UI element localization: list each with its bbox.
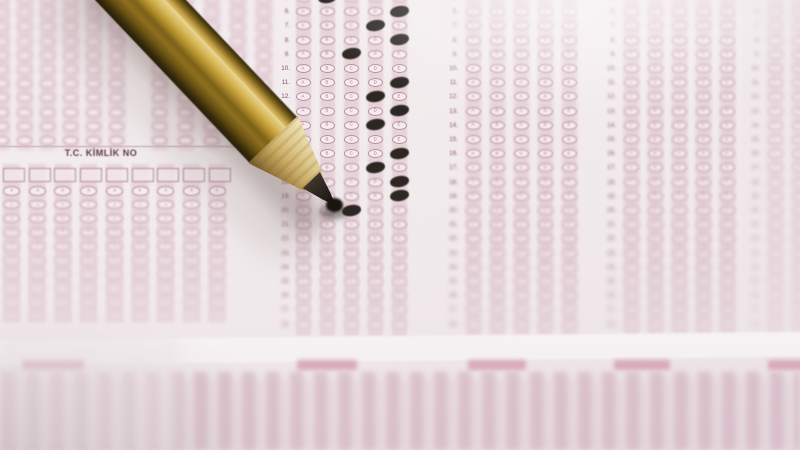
answer-bubble: D xyxy=(696,305,711,314)
answer-bubble: D xyxy=(368,50,383,59)
question-number: 20. xyxy=(440,207,458,213)
answer-bubble: D xyxy=(368,291,383,300)
answer-bubble: D xyxy=(368,192,383,201)
question-number: 6. xyxy=(272,9,290,15)
digit-bubble: 8 xyxy=(54,297,71,307)
answer-bubble xyxy=(40,51,55,60)
answer-bubble xyxy=(109,108,124,117)
answer-bubble: E xyxy=(562,163,577,172)
answer-bubble: E xyxy=(392,206,407,215)
answer-bubble: D xyxy=(368,7,383,16)
digit-bubble: 5 xyxy=(132,256,149,266)
answer-bubble: A xyxy=(624,249,639,258)
digit-bubble: 2 xyxy=(132,214,149,224)
answer-bubble: B xyxy=(320,7,335,16)
question-number: 9. xyxy=(742,51,760,57)
answer-bubble: A xyxy=(466,7,481,16)
id-section-title: T.C. KİMLİK NO xyxy=(36,148,166,158)
question-row: 17.ABCDE xyxy=(0,162,800,174)
answer-bubble xyxy=(204,8,219,17)
answer-bubble: C xyxy=(672,178,687,187)
answer-bubble: C xyxy=(672,206,687,215)
question-row: 25.AB xyxy=(0,276,800,288)
answer-bubble: B xyxy=(792,220,800,229)
answer-bubble: C xyxy=(514,305,529,314)
answer-bubble: E xyxy=(392,121,407,130)
answer-bubble: C xyxy=(514,249,529,258)
digit-bubble: 6 xyxy=(54,269,71,279)
question-number: 23. xyxy=(742,250,760,256)
answer-bubble: C xyxy=(344,220,359,229)
question-row: 25.ABCDE xyxy=(0,276,800,288)
answer-bubble: A xyxy=(768,320,783,329)
answer-bubble: E xyxy=(392,249,407,258)
answer-bubble: C xyxy=(344,135,359,144)
answer-bubble: D xyxy=(538,305,553,314)
answer-bubble: D xyxy=(696,92,711,101)
digit-bubble: 4 xyxy=(54,242,71,252)
question-number: 28. xyxy=(598,321,616,327)
question-row: 23.ABCDE xyxy=(0,248,800,260)
answer-bubble: B xyxy=(320,249,335,258)
answer-bubble xyxy=(40,136,55,145)
digit-bubble: 0 xyxy=(3,186,20,196)
answer-bubble: E xyxy=(720,64,735,73)
answer-bubble: D xyxy=(696,178,711,187)
digit-bubble: 3 xyxy=(106,228,123,238)
answer-bubble xyxy=(0,93,9,102)
answer-bubble: E xyxy=(720,192,735,201)
answer-bubble: D xyxy=(368,64,383,73)
id-entry-box xyxy=(3,168,25,182)
answer-bubble: E xyxy=(392,263,407,272)
digit-bubble: 0 xyxy=(80,186,97,196)
answer-bubble: E xyxy=(392,7,407,16)
digit-bubble: 9 xyxy=(209,311,226,321)
answer-bubble: B xyxy=(320,305,335,314)
question-row: 28.ABCDE xyxy=(0,319,800,331)
digit-bubble: 4 xyxy=(183,242,200,252)
digit-bubble: 1 xyxy=(29,200,46,210)
question-number: 14. xyxy=(440,122,458,128)
answer-bubble xyxy=(40,93,55,102)
answer-bubble: E xyxy=(562,36,577,45)
question-number: 12. xyxy=(440,94,458,100)
answer-bubble: D xyxy=(538,0,553,2)
answer-bubble: C xyxy=(514,206,529,215)
answer-bubble xyxy=(86,108,101,117)
answer-bubble: A xyxy=(624,36,639,45)
answer-bubble: A xyxy=(296,21,311,30)
answer-bubble: E xyxy=(562,234,577,243)
answer-bubble: C xyxy=(672,7,687,16)
answer-bubble xyxy=(17,8,32,17)
answer-bubble: C xyxy=(514,277,529,286)
answer-bubble: B xyxy=(648,50,663,59)
answer-bubble: A xyxy=(624,320,639,329)
answer-bubble: B xyxy=(648,192,663,201)
answer-bubble: B xyxy=(490,50,505,59)
answer-bubble: E xyxy=(392,320,407,329)
answer-bubble: B xyxy=(648,305,663,314)
answer-bubble: A xyxy=(466,64,481,73)
question-row: 24.ABCDE xyxy=(0,262,800,274)
digit-bubble: 1 xyxy=(132,200,149,210)
digit-row: 222222222 xyxy=(3,214,234,226)
digit-row: 111111111 xyxy=(3,200,234,212)
digit-bubble: 4 xyxy=(80,242,97,252)
answer-bubble: A xyxy=(466,36,481,45)
answer-bubble: E xyxy=(720,206,735,215)
answer-bubble: A xyxy=(296,50,311,59)
answer-bubble: A xyxy=(624,92,639,101)
question-row: 17.ABCDE xyxy=(0,162,800,174)
answer-bubble: A xyxy=(768,305,783,314)
answer-bubble: B xyxy=(490,249,505,258)
question-number: 10. xyxy=(272,65,290,71)
answer-bubble: D xyxy=(696,50,711,59)
answer-bubble: D xyxy=(368,21,383,30)
answer-bubble: A xyxy=(624,7,639,16)
question-number: 11. xyxy=(440,80,458,86)
answer-bubble: C xyxy=(514,121,529,130)
answer-bubble xyxy=(40,108,55,117)
answer-bubble: C xyxy=(344,305,359,314)
question-row: 21.ABCDE xyxy=(0,219,800,231)
digit-bubble: 9 xyxy=(106,311,123,321)
answer-bubble: B xyxy=(648,7,663,16)
answer-bubble: B xyxy=(648,234,663,243)
pink-column-stripes xyxy=(768,0,800,336)
answer-bubble: B xyxy=(648,249,663,258)
answer-bubble xyxy=(86,122,101,131)
answer-bubble: A xyxy=(466,277,481,286)
digit-bubble: 2 xyxy=(183,214,200,224)
answer-bubble: E xyxy=(562,107,577,116)
answer-bubble: D xyxy=(368,220,383,229)
answer-bubble: B xyxy=(320,320,335,329)
question-number: 27. xyxy=(742,307,760,313)
digit-bubble: 8 xyxy=(157,297,174,307)
answer-bubble: C xyxy=(672,234,687,243)
answer-bubble: B xyxy=(648,149,663,158)
question-number: 21. xyxy=(598,222,616,228)
answer-bubble: B xyxy=(490,234,505,243)
answer-bubble: C xyxy=(672,121,687,130)
answer-bubble: E xyxy=(392,92,407,101)
answer-bubble xyxy=(40,79,55,88)
answer-bubble: E xyxy=(392,64,407,73)
answer-bubble: C xyxy=(672,277,687,286)
answer-bubble: D xyxy=(368,36,383,45)
answer-bubble: B xyxy=(648,121,663,130)
answer-bubble: E xyxy=(720,234,735,243)
section-header-bar xyxy=(468,360,526,370)
digit-bubble: 8 xyxy=(183,297,200,307)
question-row: 18.ABCDE xyxy=(0,177,800,189)
answer-bubble: A xyxy=(768,178,783,187)
answer-bubble: A xyxy=(466,234,481,243)
question-number: 5. xyxy=(742,0,760,1)
question-number: 7. xyxy=(598,23,616,29)
answer-bubble: B xyxy=(648,320,663,329)
answer-bubble: E xyxy=(562,78,577,87)
answer-bubble: D xyxy=(368,206,383,215)
answer-bubble xyxy=(17,108,32,117)
answer-bubble: A xyxy=(624,21,639,30)
answer-bubble: E xyxy=(720,291,735,300)
question-row: 14.ABCDE xyxy=(0,120,800,132)
answer-bubble: A xyxy=(624,178,639,187)
answer-bubble: D xyxy=(696,277,711,286)
answer-bubble: C xyxy=(672,92,687,101)
question-number: 26. xyxy=(440,293,458,299)
answer-mark-q16 xyxy=(389,146,410,160)
answer-bubble: C xyxy=(672,107,687,116)
answer-bubble: A xyxy=(296,64,311,73)
answer-bubble: D xyxy=(538,192,553,201)
digit-bubble: 3 xyxy=(209,228,226,238)
answer-bubble: A xyxy=(624,107,639,116)
digit-bubble: 8 xyxy=(132,297,149,307)
question-row: 21.ABCDE xyxy=(0,219,800,231)
answer-bubble: A xyxy=(768,135,783,144)
question-number: 21. xyxy=(440,222,458,228)
answer-bubble: A xyxy=(296,7,311,16)
digit-bubble: 7 xyxy=(132,283,149,293)
answer-bubble: E xyxy=(720,78,735,87)
question-number: 20. xyxy=(598,207,616,213)
digit-bubble: 6 xyxy=(80,269,97,279)
answer-bubble: A xyxy=(466,206,481,215)
digit-bubble: 7 xyxy=(106,283,123,293)
answer-bubble: D xyxy=(538,7,553,16)
answer-bubble: B xyxy=(490,291,505,300)
depth-of-field-wash xyxy=(0,330,180,450)
digit-bubble: 2 xyxy=(54,214,71,224)
question-number: 9. xyxy=(598,51,616,57)
digit-bubble: 8 xyxy=(3,297,20,307)
answer-bubble: A xyxy=(296,305,311,314)
digit-bubble: 8 xyxy=(80,297,97,307)
answer-bubble xyxy=(0,0,9,3)
id-entry-box xyxy=(54,168,76,182)
answer-bubble: C xyxy=(344,107,359,116)
answer-bubble: D xyxy=(368,149,383,158)
digit-bubble: 7 xyxy=(3,283,20,293)
answer-bubble: E xyxy=(720,263,735,272)
digit-bubble: 7 xyxy=(29,283,46,293)
answer-bubble xyxy=(230,8,245,17)
answer-bubble: B xyxy=(490,7,505,16)
digit-bubble: 6 xyxy=(183,269,200,279)
answer-bubble: C xyxy=(344,234,359,243)
question-number: 10. xyxy=(742,65,760,71)
answer-bubble: B xyxy=(792,263,800,272)
answer-bubble: E xyxy=(562,92,577,101)
answer-bubble: D xyxy=(538,220,553,229)
question-number: 5. xyxy=(440,0,458,1)
answer-bubble: E xyxy=(392,277,407,286)
answer-bubble: E xyxy=(720,178,735,187)
answer-bubble: E xyxy=(562,291,577,300)
id-entry-box xyxy=(106,168,128,182)
digit-bubble: 6 xyxy=(157,269,174,279)
answer-bubble xyxy=(256,37,271,46)
answer-bubble: B xyxy=(648,163,663,172)
answer-bubble: B xyxy=(490,263,505,272)
answer-bubble: E xyxy=(720,92,735,101)
answer-bubble xyxy=(0,37,9,46)
answer-bubble: B xyxy=(490,135,505,144)
question-row: 22.AB xyxy=(0,233,800,245)
question-number: 22. xyxy=(440,236,458,242)
answer-bubble xyxy=(230,0,245,3)
answer-mark-q14 xyxy=(365,118,386,132)
digit-row: 888888888 xyxy=(3,297,234,309)
answer-bubble: A xyxy=(296,263,311,272)
answer-bubble: A xyxy=(466,192,481,201)
answer-bubble: E xyxy=(720,107,735,116)
question-row: 27.ABCDE xyxy=(0,304,800,316)
answer-bubble: A xyxy=(624,135,639,144)
answer-bubble: C xyxy=(344,78,359,87)
answer-bubble: A xyxy=(466,220,481,229)
blur-wash-top-right xyxy=(440,0,800,70)
question-number: 19. xyxy=(440,193,458,199)
digit-bubble: 9 xyxy=(183,311,200,321)
answer-bubble: A xyxy=(466,249,481,258)
question-row: 15.ABCDE xyxy=(0,134,800,146)
answer-bubble xyxy=(40,65,55,74)
answer-bubble: B xyxy=(490,92,505,101)
answer-bubble: D xyxy=(538,320,553,329)
answer-bubble: C xyxy=(514,21,529,30)
answer-bubble: A xyxy=(466,0,481,2)
question-row: 22.ABCDE xyxy=(0,233,800,245)
answer-bubble: E xyxy=(720,305,735,314)
answer-bubble: D xyxy=(368,78,383,87)
answer-bubble: E xyxy=(720,249,735,258)
answer-bubble: D xyxy=(368,0,383,2)
answer-bubble: D xyxy=(696,291,711,300)
answer-bubble: B xyxy=(490,149,505,158)
digit-bubble: 8 xyxy=(209,297,226,307)
answer-bubble: A xyxy=(624,305,639,314)
answer-bubble xyxy=(256,0,271,3)
question-number: 13. xyxy=(598,108,616,114)
question-row: 23.ABCDE xyxy=(0,248,800,260)
answer-bubble: E xyxy=(562,7,577,16)
answer-bubble: C xyxy=(672,320,687,329)
digit-bubble: 1 xyxy=(183,200,200,210)
answer-bubble: A xyxy=(296,0,311,2)
answer-bubble: C xyxy=(514,220,529,229)
question-number: 9. xyxy=(272,51,290,57)
answer-bubble: B xyxy=(648,107,663,116)
answer-bubble: D xyxy=(368,320,383,329)
answer-bubble xyxy=(204,0,219,3)
answer-bubble: A xyxy=(466,263,481,272)
answer-bubble: E xyxy=(392,135,407,144)
answer-mark-q8 xyxy=(389,33,410,47)
question-number: 23. xyxy=(440,250,458,256)
answer-bubble: A xyxy=(466,135,481,144)
question-row: 20.AB xyxy=(0,205,800,217)
answer-bubble: C xyxy=(672,305,687,314)
answer-bubble: A xyxy=(768,291,783,300)
answer-bubble: E xyxy=(720,121,735,130)
question-number: 19. xyxy=(598,193,616,199)
answer-bubble xyxy=(256,8,271,17)
answer-bubble: D xyxy=(538,121,553,130)
question-row: 18.ABCDE xyxy=(0,177,800,189)
answer-bubble: B xyxy=(320,121,335,130)
question-number: 21. xyxy=(742,222,760,228)
answer-bubble: B xyxy=(648,64,663,73)
answer-bubble: D xyxy=(696,78,711,87)
digit-bubble: 9 xyxy=(157,311,174,321)
question-row: 23.AB xyxy=(0,248,800,260)
answer-bubble: C xyxy=(514,36,529,45)
answer-bubble: B xyxy=(320,36,335,45)
answer-bubble: D xyxy=(696,249,711,258)
question-row: 23.ABCDE xyxy=(0,248,800,260)
answer-bubble: C xyxy=(672,163,687,172)
answer-bubble: A xyxy=(466,149,481,158)
digit-bubble: 9 xyxy=(132,311,149,321)
answer-bubble: D xyxy=(368,135,383,144)
question-row: 19.ABCDE xyxy=(0,191,800,203)
digit-row: 666666666 xyxy=(3,269,234,281)
answer-bubble: E xyxy=(720,36,735,45)
answer-bubble xyxy=(17,79,32,88)
answer-bubble: C xyxy=(672,192,687,201)
question-number: 8. xyxy=(272,37,290,43)
answer-bubble: B xyxy=(792,305,800,314)
answer-bubble xyxy=(0,79,9,88)
answer-bubble: B xyxy=(792,234,800,243)
id-entry-box xyxy=(29,168,51,182)
answer-bubble: D xyxy=(696,206,711,215)
answer-bubble xyxy=(0,108,9,117)
answer-bubble: E xyxy=(562,50,577,59)
question-number: 8. xyxy=(440,37,458,43)
question-number: 16. xyxy=(440,151,458,157)
digit-bubble: 7 xyxy=(80,283,97,293)
digit-bubble: 5 xyxy=(157,256,174,266)
answer-bubble xyxy=(17,65,32,74)
question-number: 7. xyxy=(440,23,458,29)
answer-bubble: D xyxy=(696,220,711,229)
answer-bubble xyxy=(0,51,9,60)
answer-bubble: D xyxy=(368,305,383,314)
digit-bubble: 5 xyxy=(209,256,226,266)
answer-bubble: A xyxy=(768,50,783,59)
answer-bubble: B xyxy=(648,220,663,229)
answer-bubble xyxy=(256,51,271,60)
digit-row: 777777777 xyxy=(3,283,234,295)
answer-bubble: A xyxy=(296,78,311,87)
answer-bubble: B xyxy=(648,291,663,300)
answer-mark-q18 xyxy=(389,175,410,189)
question-number: 26. xyxy=(742,293,760,299)
answer-bubble: C xyxy=(344,92,359,101)
answer-bubble xyxy=(63,108,78,117)
answer-bubble: C xyxy=(344,7,359,16)
question-number: 16. xyxy=(598,151,616,157)
digit-bubble: 9 xyxy=(54,311,71,321)
